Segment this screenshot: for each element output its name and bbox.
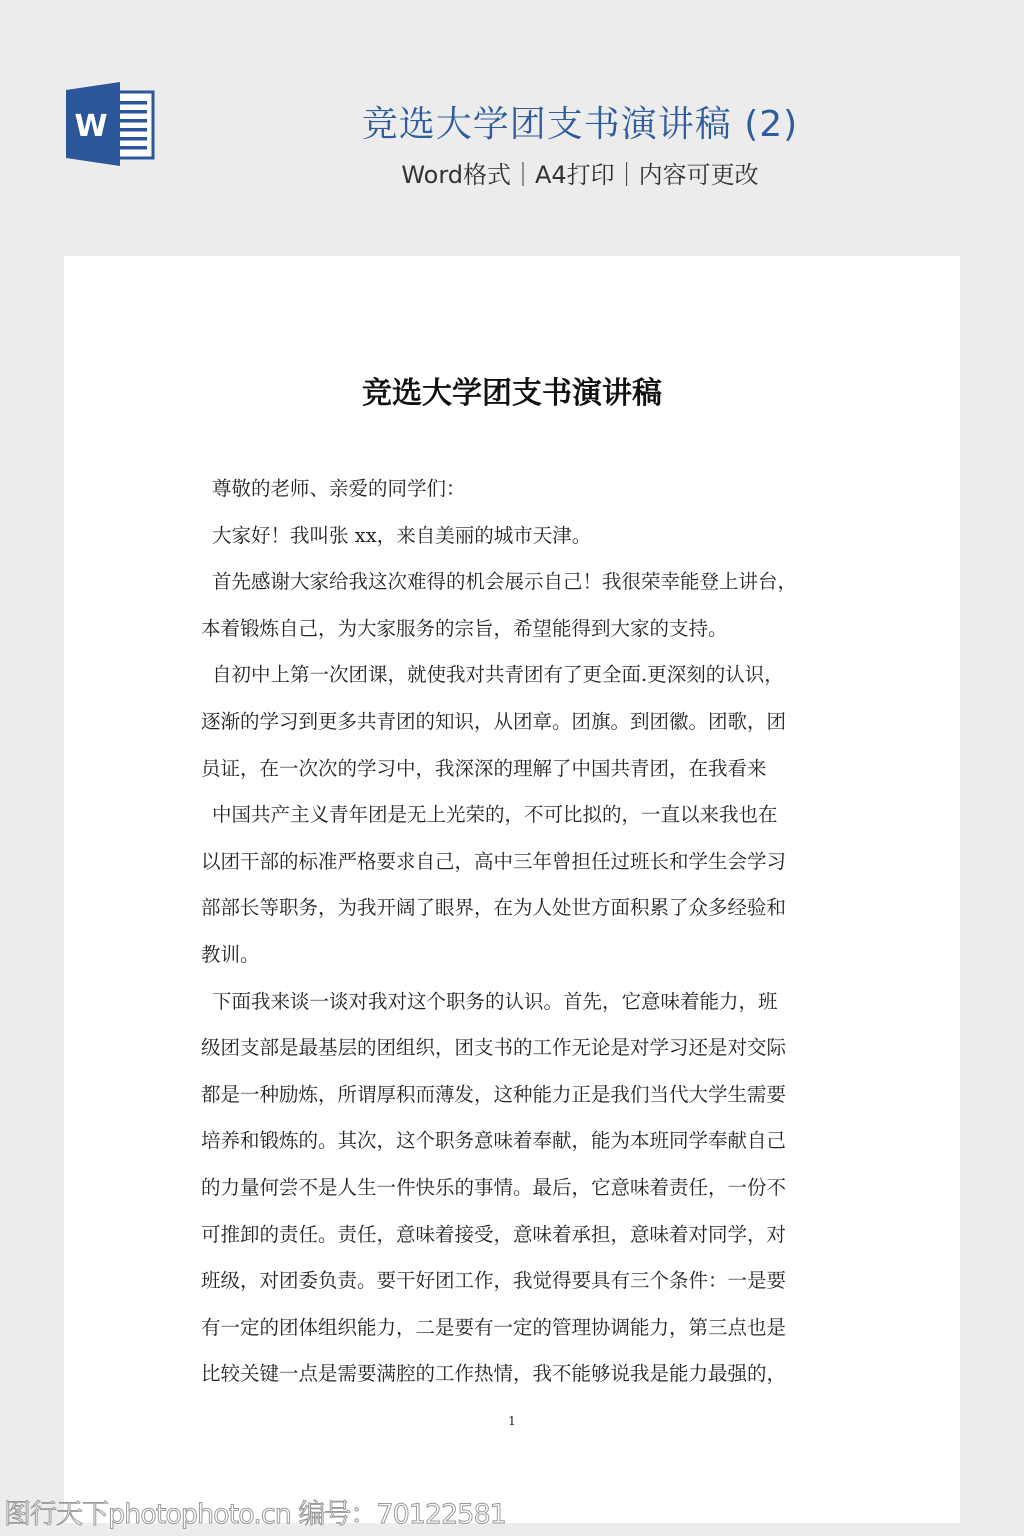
- text-line: 可推卸的责任。责任，意味着接受，意味着承担，意味着对同学，对: [201, 1212, 826, 1259]
- text-line: 首先感谢大家给我这次难得的机会展示自己！我很荣幸能登上讲台，: [201, 559, 826, 606]
- text-line: 都是一种励炼，所谓厚积而薄发，这种能力正是我们当代大学生需要: [201, 1072, 826, 1119]
- word-doc-icon: W: [64, 82, 156, 166]
- text-line: 有一定的团体组织能力，二是要有一定的管理协调能力，第三点也是: [201, 1305, 826, 1352]
- text-line: 本着锻炼自己，为大家服务的宗旨，希望能得到大家的支持。: [201, 606, 826, 653]
- text-line: 逐渐的学习到更多共青团的知识，从团章。团旗。到团徽。团歌，团: [201, 699, 826, 746]
- text-line: 培养和锻炼的。其次，这个职务意味着奉献，能为本班同学奉献自己: [201, 1118, 826, 1165]
- text-line: 班级，对团委负责。要干好团工作，我觉得要具有三个条件：一是要: [201, 1258, 826, 1305]
- document-body: 尊敬的老师、亲爱的同学们： 大家好！我叫张 xx，来自美丽的城市天津。 首先感谢…: [201, 466, 826, 1398]
- text-line: 的力量何尝不是人生一件快乐的事情。最后，它意味着责任，一份不: [201, 1165, 826, 1212]
- text-line: 部部长等职务，为我开阔了眼界，在为人处世方面积累了众多经验和: [201, 885, 826, 932]
- text-line: 大家好！我叫张 xx，来自美丽的城市天津。: [201, 513, 826, 560]
- text-line: 尊敬的老师、亲爱的同学们：: [201, 466, 826, 513]
- page-number: 1: [64, 1414, 960, 1428]
- text-line: 员证，在一次次的学习中，我深深的理解了中国共青团，在我看来: [201, 746, 826, 793]
- watermark: 图行天下photophoto.cn 编号：70122581: [4, 1492, 506, 1531]
- text-line: 以团干部的标准严格要求自己，高中三年曾担任过班长和学生会学习: [201, 839, 826, 886]
- text-line: 下面我来谈一谈对我对这个职务的认识。首先，它意味着能力，班: [201, 979, 826, 1026]
- text-line: 级团支部是最基层的团组织，团支书的工作无论是对学习还是对交际: [201, 1025, 826, 1072]
- document-title: 竞选大学团支书演讲稿: [64, 368, 960, 412]
- text-line: 比较关键一点是需要满腔的工作热情，我不能够说我是能力最强的，: [201, 1351, 826, 1398]
- header-subtitle: Word格式｜A4打印｜内容可更改: [300, 155, 860, 190]
- text-line: 中国共产主义青年团是无上光荣的，不可比拟的，一直以来我也在: [201, 792, 826, 839]
- text-line: 教训。: [201, 932, 826, 979]
- header-title: 竞选大学团支书演讲稿 (2): [300, 96, 860, 147]
- svg-text:W: W: [74, 109, 107, 144]
- document-page: 竞选大学团支书演讲稿 尊敬的老师、亲爱的同学们： 大家好！我叫张 xx，来自美丽…: [64, 256, 960, 1523]
- text-line: 自初中上第一次团课，就使我对共青团有了更全面.更深刻的认识，: [201, 652, 826, 699]
